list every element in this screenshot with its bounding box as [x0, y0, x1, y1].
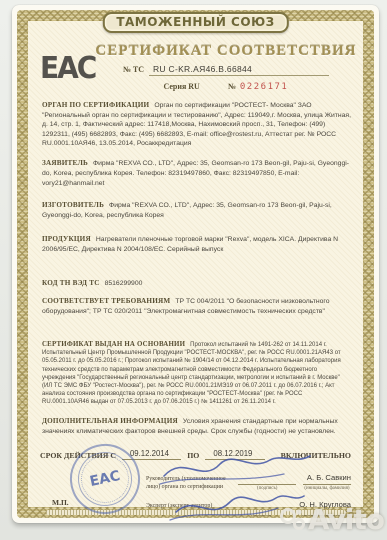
section-label: СООТВЕТСТВУЕТ ТРЕБОВАНИЯМ: [42, 297, 170, 305]
section-text: Фирма "REXVA CO., LTD", Адрес: 35, Geoms…: [42, 160, 349, 186]
signature-caption: (подпись): [238, 486, 295, 491]
avito-watermark: Avito: [278, 503, 384, 536]
section-certification-body: ОРГАН ПО СЕРТИФИКАЦИИОрган по сертификац…: [42, 101, 351, 148]
certificate-body: ЕАС СЕРТИФИКАТ СООТВЕТСТВИЯ № ТСRU C-KR.…: [28, 21, 363, 507]
signee-name: А. Б. Савкин: [303, 470, 351, 485]
section-basis: СЕРТИФИКАТ ВЫДАН НА ОСНОВАНИИПротокол ис…: [42, 340, 351, 406]
certificate-header: ЕАС СЕРТИФИКАТ СООТВЕТСТВИЯ № ТСRU C-KR.…: [40, 43, 351, 92]
validity-to-label: ПО: [187, 451, 199, 460]
series-number: 0226171: [240, 82, 288, 92]
signature-field: (подпись): [238, 470, 295, 491]
name-field: А. Б. Савкин (инициалы, фамилия): [303, 470, 351, 491]
validity-suffix: ВКЛЮЧИТЕЛЬНО: [281, 451, 351, 460]
stamp-place-label: М.П.: [52, 498, 69, 507]
section-label: ЗАЯВИТЕЛЬ: [42, 159, 88, 167]
section-manufacturer: ИЗГОТОВИТЕЛЬФирма "REXVA CO., LTD", Адре…: [42, 201, 351, 220]
eac-logo: ЕАС: [40, 43, 95, 92]
signature-line: [238, 472, 295, 485]
section-applicant: ЗАЯВИТЕЛЬФирма "REXVA CO., LTD", Адрес: …: [42, 159, 351, 188]
section-production: ПРОДУКЦИЯНагреватели пленочные торговой …: [42, 235, 351, 254]
stamp-center-text: ЕАС: [88, 468, 121, 490]
cert-number-value: RU C-KR.АЯ46.В.66844: [149, 64, 329, 76]
certificate-sheet: ТАМОЖЕННЫЙ СОЮЗ ЕАС СЕРТИФИКАТ СООТВЕТСТ…: [12, 5, 379, 523]
series-no-sign: №: [228, 82, 236, 91]
name-caption: (инициалы, фамилия): [303, 486, 351, 491]
series-label: Серия RU: [163, 82, 199, 91]
section-requirements: СООТВЕТСТВУЕТ ТРЕБОВАНИЯМТР ТС 004/2011 …: [42, 297, 351, 316]
series-line: Серия RU№0226171: [95, 82, 356, 92]
avito-logo-icon: [278, 505, 308, 535]
eac-mark-icon: ЕАС: [40, 50, 95, 86]
validity-to-date: 08.12.2019: [205, 449, 264, 460]
section-label: КОД ТН ВЭД ТС: [42, 279, 100, 287]
section-label: ОРГАН ПО СЕРТИФИКАЦИИ: [42, 101, 149, 109]
section-label: ДОПОЛНИТЕЛЬНАЯ ИНФОРМАЦИЯ: [42, 417, 178, 425]
section-label: ИЗГОТОВИТЕЛЬ: [42, 201, 104, 209]
guilloche-border: ЕАС СЕРТИФИКАТ СООТВЕТСТВИЯ № ТСRU C-KR.…: [17, 10, 374, 518]
section-text: Протокол испытаний № 1491-262 от 14.11.2…: [42, 342, 341, 405]
cert-number-label: № ТС: [123, 65, 144, 74]
section-additional-info: ДОПОЛНИТЕЛЬНАЯ ИНФОРМАЦИЯУсловия хранени…: [42, 417, 351, 436]
section-label: ПРОДУКЦИЯ: [42, 235, 91, 243]
certificate-title: СЕРТИФИКАТ СООТВЕТСТВИЯ: [95, 43, 356, 60]
section-label: СЕРТИФИКАТ ВЫДАН НА ОСНОВАНИИ: [42, 341, 185, 348]
certificate-number-line: № ТСRU C-KR.АЯ46.В.66844: [95, 64, 356, 76]
section-text: 8516299900: [105, 280, 143, 287]
header-middle: СЕРТИФИКАТ СООТВЕТСТВИЯ № ТСRU C-KR.АЯ46…: [95, 43, 380, 92]
banner-badge: ТАМОЖЕННЫЙ СОЮЗ: [102, 12, 288, 33]
role-label: Руководитель (уполномоченное лицо) орган…: [146, 470, 231, 491]
section-tnved-code: КОД ТН ВЭД ТС8516299900: [42, 279, 351, 289]
avito-watermark-text: Avito: [308, 503, 384, 536]
signature-row-head: Руководитель (уполномоченное лицо) орган…: [146, 470, 351, 491]
